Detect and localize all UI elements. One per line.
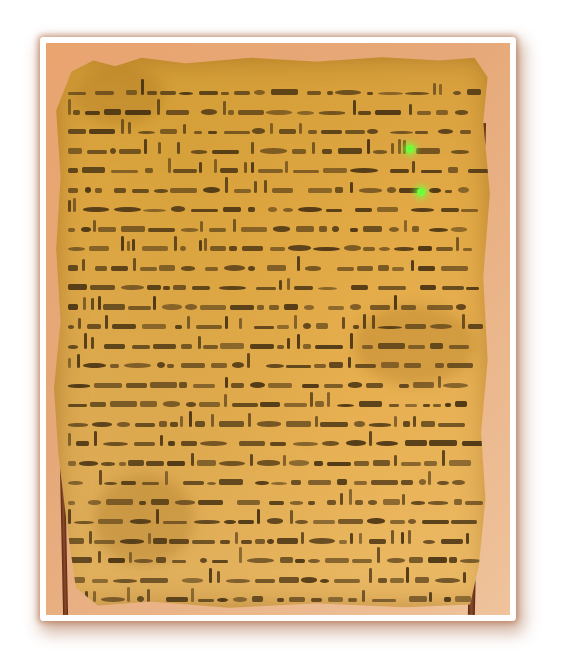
script-line (68, 493, 478, 507)
script-line (68, 356, 478, 370)
script-line (68, 298, 478, 312)
script-line (68, 337, 478, 351)
script-line (68, 259, 478, 273)
script-line (68, 278, 478, 292)
script-line (68, 473, 478, 487)
script-line (68, 551, 478, 565)
script-line (68, 376, 478, 390)
script-line (68, 395, 478, 409)
script-line (68, 532, 478, 546)
script-line (68, 512, 478, 526)
script-line (68, 317, 478, 331)
green-light-dot (417, 188, 425, 196)
script-line (68, 590, 478, 604)
script-line (68, 200, 478, 214)
script-line (68, 161, 478, 175)
parchment-page (54, 55, 492, 610)
script-line (68, 83, 478, 97)
script-line (68, 454, 478, 468)
script-line (68, 415, 478, 429)
script-line (68, 434, 478, 448)
script-line (68, 122, 478, 136)
photo-frame (40, 37, 516, 621)
script-line (68, 220, 478, 234)
manuscript-photo (46, 43, 510, 615)
script-line (68, 571, 478, 585)
script-line (68, 142, 478, 156)
green-light-dot (406, 145, 414, 153)
script-line (68, 103, 478, 117)
script-line (68, 239, 478, 253)
